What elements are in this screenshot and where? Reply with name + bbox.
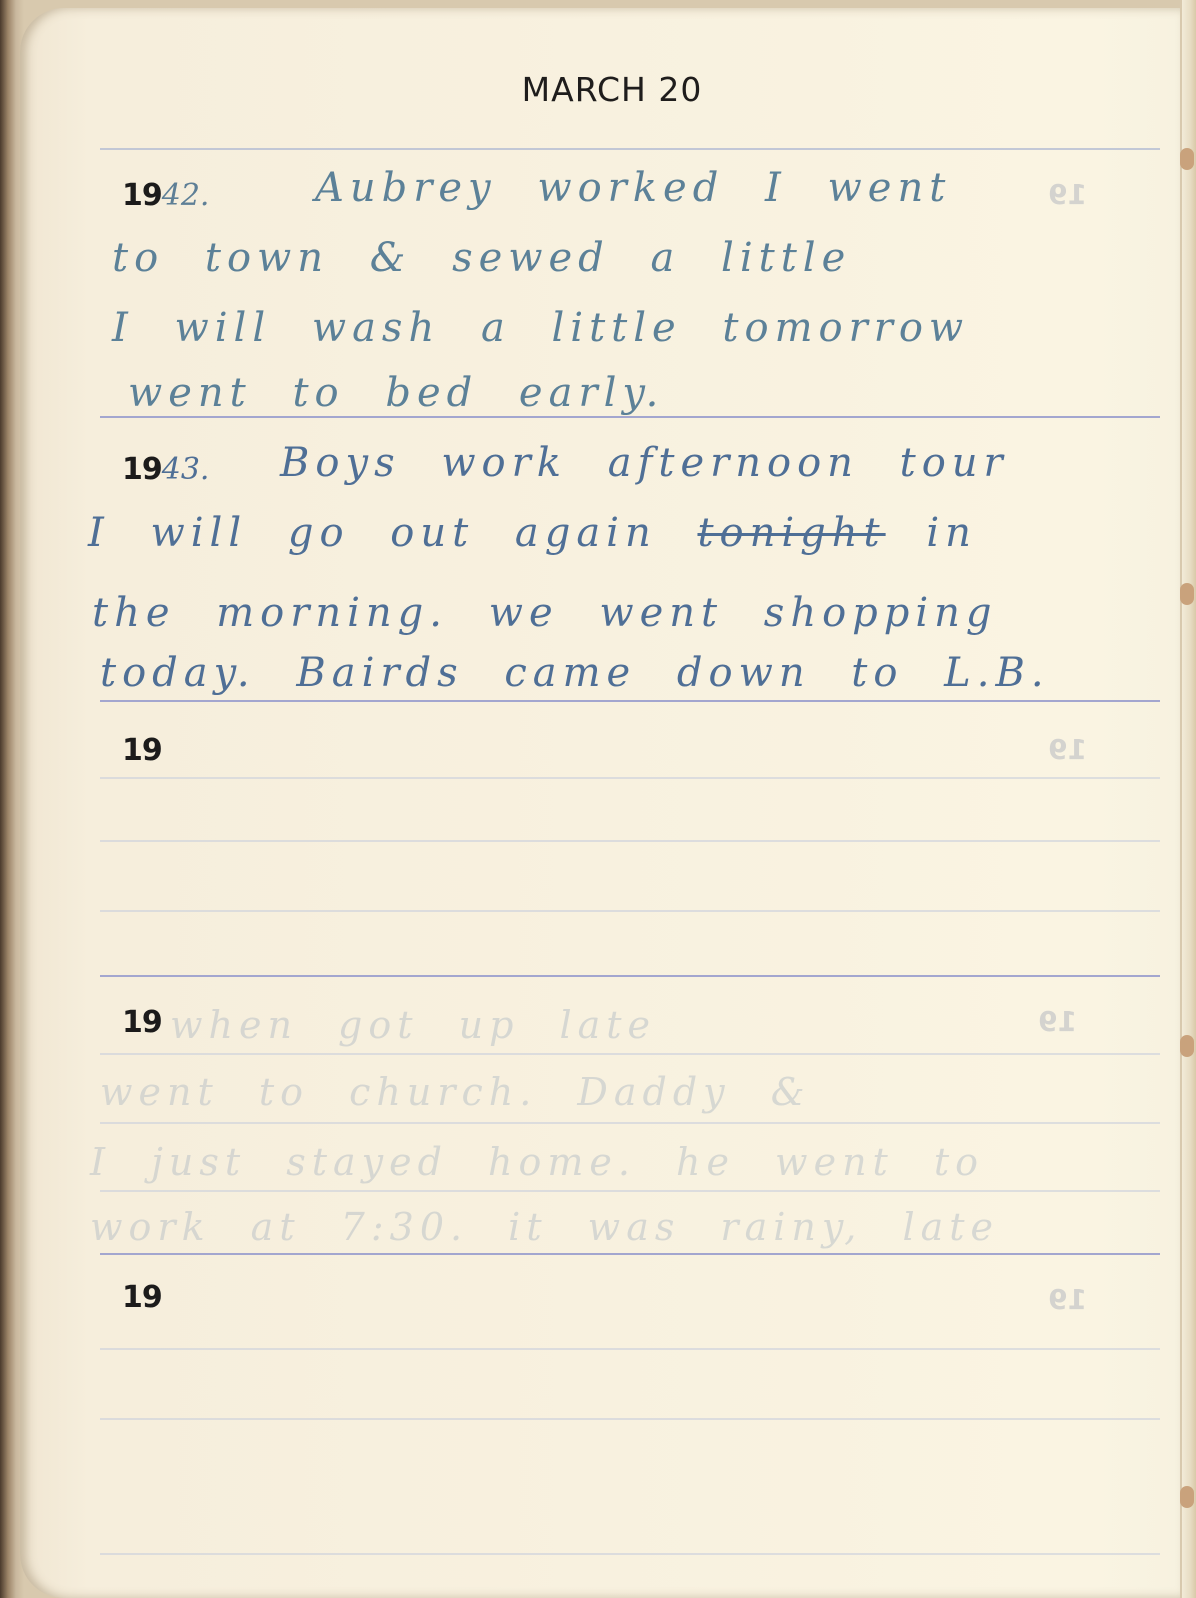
- ruled-line: [100, 1553, 1160, 1555]
- year-prefix: 19: [122, 1280, 162, 1315]
- entry-1943-line-2: I will go out again tonight in: [88, 510, 977, 556]
- year-suffix-handwritten: 42.: [162, 178, 210, 213]
- binding-stitch: [1180, 1035, 1194, 1057]
- year-suffix-handwritten: 43.: [162, 452, 210, 487]
- binding-stitch: [1180, 583, 1194, 605]
- ruled-line: [100, 840, 1160, 842]
- entry-1943-line-3: the morning. we went shopping: [92, 590, 998, 636]
- ruled-line: [100, 975, 1160, 977]
- year-prefix: 19: [122, 733, 162, 768]
- year-prefix: 19: [122, 452, 162, 487]
- entry-1942-line-2: to town & sewed a little: [112, 235, 851, 281]
- year-label-1942: 1942.: [122, 178, 209, 213]
- year-label-empty: 19: [122, 733, 162, 768]
- entry-1942-line-4: went to bed early.: [128, 370, 664, 416]
- page-edge: [1182, 0, 1196, 1598]
- ruled-line: [100, 148, 1160, 150]
- show-through-text: went to church. Daddy &: [100, 1070, 811, 1114]
- year-prefix: 19: [122, 1005, 162, 1040]
- entry-1943-line-4: today. Bairds came down to L.B.: [100, 650, 1050, 696]
- ruled-line: [100, 777, 1160, 779]
- ruled-line: [100, 1418, 1160, 1420]
- struck-through-word: tonight: [697, 510, 885, 556]
- ruled-line: [100, 1253, 1160, 1255]
- ruled-line: [100, 416, 1160, 418]
- show-through-text: work at 7:30. it was rainy, late: [90, 1205, 999, 1249]
- show-through-text: when got up late: [170, 1003, 656, 1047]
- entry-1942-line-1: Aubrey worked I went: [315, 165, 951, 211]
- page-header: MARCH 20: [0, 70, 1196, 109]
- ruled-line: [100, 700, 1160, 702]
- year-label-empty: 19: [122, 1280, 162, 1315]
- show-through-year: 19: [1048, 733, 1087, 766]
- binding-stitch: [1180, 148, 1194, 170]
- year-label-empty: 19: [122, 1005, 162, 1040]
- entry-text: I will go out again: [88, 510, 657, 556]
- show-through-year: 19: [1038, 1005, 1077, 1038]
- ruled-line: [100, 1122, 1160, 1124]
- entry-1943-line-1: Boys work afternoon tour: [280, 440, 1009, 486]
- date-title: MARCH 20: [522, 70, 703, 109]
- show-through-year: 19: [1048, 178, 1087, 211]
- ruled-line: [100, 1053, 1160, 1055]
- year-label-1943: 1943.: [122, 452, 209, 487]
- year-prefix: 19: [122, 178, 162, 213]
- ruled-line: [100, 1348, 1160, 1350]
- ruled-line: [100, 910, 1160, 912]
- binding-stitch: [1180, 1486, 1194, 1508]
- entry-1942-line-3: I will wash a little tomorrow: [112, 305, 969, 351]
- entry-text: in: [926, 510, 977, 556]
- show-through-text: I just stayed home. he went to: [90, 1140, 984, 1184]
- ruled-line: [100, 1190, 1160, 1192]
- show-through-year: 19: [1048, 1283, 1087, 1316]
